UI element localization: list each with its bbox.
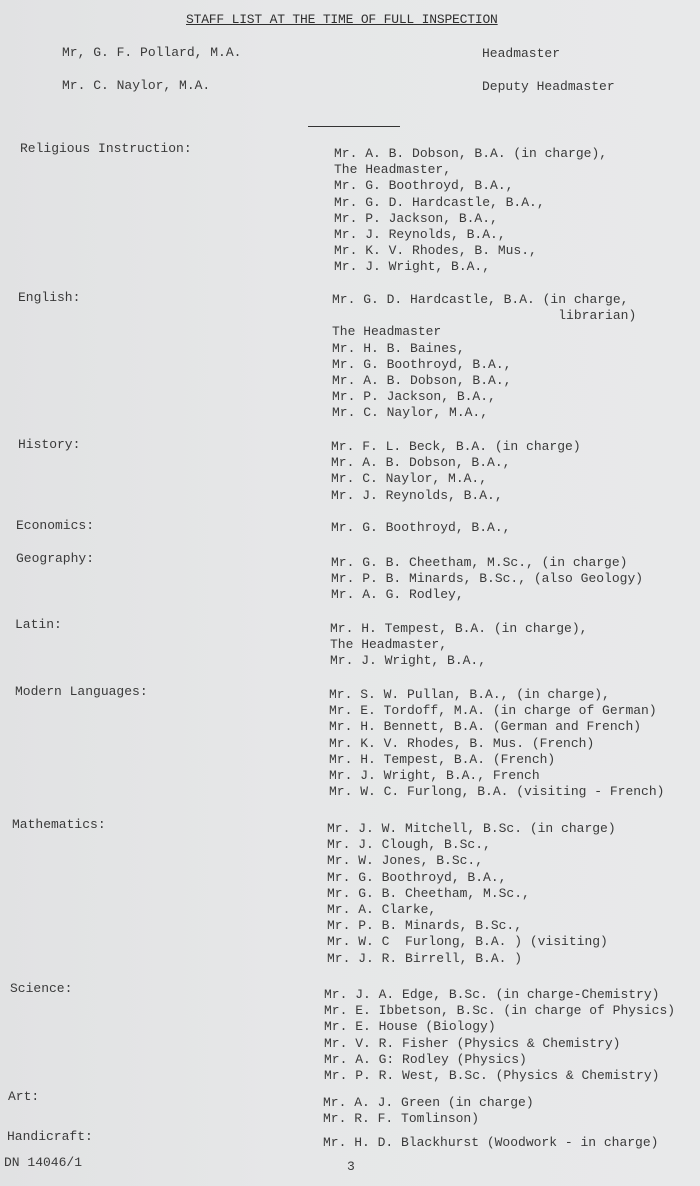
department-label: Mathematics: [12,817,106,832]
staff-entry: Mr. A. Clarke, [327,902,616,918]
staff-entry: Mr. G. Boothroyd, B.A., [332,357,636,373]
staff-entry: Mr. J. A. Edge, B.Sc. (in charge-Chemist… [324,987,675,1003]
staff-entry: The Headmaster [332,324,636,340]
staff-entry: Mr. G. Boothroyd, B.A., [331,520,510,536]
department-label: Art: [8,1089,39,1104]
staff-list: Mr. A. B. Dobson, B.A. (in charge), The … [334,146,607,276]
staff-entry: Mr. A. B. Dobson, B.A., [331,455,581,471]
staff-entry: Mr. R. F. Tomlinson) [323,1111,534,1127]
staff-entry: Mr. G. Boothroyd, B.A., [327,870,616,886]
staff-entry: Mr. A. G. Rodley, [331,587,643,603]
department-label: Latin: [15,617,62,632]
headmaster-role: Headmaster [482,46,560,61]
department-label: Economics: [16,518,94,533]
staff-list: Mr. F. L. Beck, B.A. (in charge) Mr. A. … [331,439,581,504]
staff-entry: librarian) [332,308,636,324]
staff-list: Mr. G. B. Cheetham, M.Sc., (in charge) M… [331,555,643,604]
staff-entry: Mr. E. Ibbetson, B.Sc. (in charge of Phy… [324,1003,675,1019]
staff-entry: Mr. C. Naylor, M.A., [331,471,581,487]
department-label: Handicraft: [7,1129,93,1144]
staff-entry: Mr. H. D. Blackhurst (Woodwork - in char… [323,1135,658,1151]
department-label: Modern Languages: [15,684,148,699]
staff-entry: Mr. V. R. Fisher (Physics & Chemistry) [324,1036,675,1052]
document-title: STAFF LIST AT THE TIME OF FULL INSPECTIO… [186,12,498,27]
department-label: Geography: [16,551,94,566]
department-label: Religious Instruction: [20,141,192,156]
staff-list: Mr. G. Boothroyd, B.A., [331,520,510,536]
staff-entry: Mr. J. Wright, B.A., [334,259,607,275]
staff-entry: Mr. H. B. Baines, [332,341,636,357]
staff-entry: Mr. J. Reynolds, B.A., [334,227,607,243]
staff-entry: Mr. G. Boothroyd, B.A., [334,178,607,194]
staff-entry: Mr. W. C Furlong, B.A. ) (visiting) [327,934,616,950]
separator-line [308,126,400,127]
staff-entry: Mr. K. V. Rhodes, B. Mus., [334,243,607,259]
department-label: History: [18,437,80,452]
staff-list: Mr. H. D. Blackhurst (Woodwork - in char… [323,1135,658,1151]
staff-entry: Mr. P. B. Minards, B.Sc., (also Geology) [331,571,643,587]
staff-entry: Mr. H. Bennett, B.A. (German and French) [329,719,664,735]
staff-entry: Mr. G. B. Cheetham, M.Sc., [327,886,616,902]
staff-entry: Mr. J. Wright, B.A., [330,653,587,669]
staff-entry: The Headmaster, [334,162,607,178]
staff-entry: The Headmaster, [330,637,587,653]
headmaster-name: Mr, G. F. Pollard, M.A. [62,45,241,60]
staff-entry: Mr. P. Jackson, B.A., [334,211,607,227]
staff-entry: Mr. A. B. Dobson, B.A. (in charge), [334,146,607,162]
staff-entry: Mr. G. D. Hardcastle, B.A., [334,195,607,211]
staff-entry: Mr. J. Wright, B.A., French [329,768,664,784]
staff-list: Mr. G. D. Hardcastle, B.A. (in charge, l… [332,292,636,422]
staff-entry: Mr. G. D. Hardcastle, B.A. (in charge, [332,292,636,308]
staff-list: Mr. J. W. Mitchell, B.Sc. (in charge) Mr… [327,821,616,967]
staff-entry: Mr. P. R. West, B.Sc. (Physics & Chemist… [324,1068,675,1084]
staff-entry: Mr. E. House (Biology) [324,1019,675,1035]
staff-entry: Mr. J. Reynolds, B.A., [331,488,581,504]
staff-entry: Mr. C. Naylor, M.A., [332,405,636,421]
staff-entry: Mr. A. G: Rodley (Physics) [324,1052,675,1068]
staff-list: Mr. A. J. Green (in charge) Mr. R. F. To… [323,1095,534,1127]
staff-entry: Mr. F. L. Beck, B.A. (in charge) [331,439,581,455]
staff-entry: Mr. W. Jones, B.Sc., [327,853,616,869]
deputy-headmaster-name: Mr. C. Naylor, M.A. [62,78,210,93]
page-number: 3 [347,1159,355,1174]
staff-entry: Mr. P. B. Minards, B.Sc., [327,918,616,934]
staff-entry: Mr. G. B. Cheetham, M.Sc., (in charge) [331,555,643,571]
staff-entry: Mr. P. Jackson, B.A., [332,389,636,405]
staff-list: Mr. J. A. Edge, B.Sc. (in charge-Chemist… [324,987,675,1084]
staff-entry: Mr. K. V. Rhodes, B. Mus. (French) [329,736,664,752]
staff-entry: Mr. W. C. Furlong, B.A. (visiting - Fren… [329,784,664,800]
staff-entry: Mr. H. Tempest, B.A. (in charge), [330,621,587,637]
department-label: Science: [10,981,72,996]
staff-entry: Mr. A. B. Dobson, B.A., [332,373,636,389]
staff-entry: Mr. J. W. Mitchell, B.Sc. (in charge) [327,821,616,837]
deputy-headmaster-role: Deputy Headmaster [482,79,615,94]
staff-entry: Mr. E. Tordoff, M.A. (in charge of Germa… [329,703,664,719]
staff-list: Mr. H. Tempest, B.A. (in charge), The He… [330,621,587,670]
staff-entry: Mr. A. J. Green (in charge) [323,1095,534,1111]
staff-entry: Mr. J. R. Birrell, B.A. ) [327,951,616,967]
document-reference: DN 14046/1 [4,1155,82,1170]
staff-list: Mr. S. W. Pullan, B.A., (in charge), Mr.… [329,687,664,800]
department-label: English: [18,290,80,305]
staff-entry: Mr. J. Clough, B.Sc., [327,837,616,853]
staff-entry: Mr. H. Tempest, B.A. (French) [329,752,664,768]
staff-entry: Mr. S. W. Pullan, B.A., (in charge), [329,687,664,703]
